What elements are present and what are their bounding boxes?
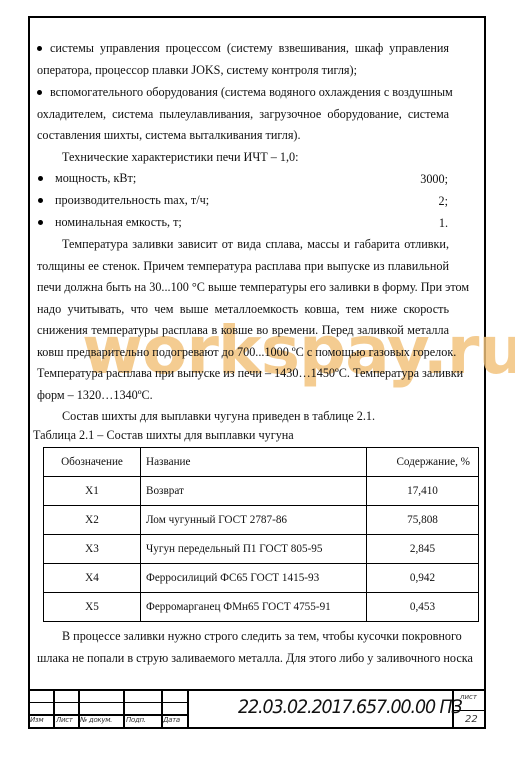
cell-name: Возврат — [141, 477, 367, 506]
paragraph-3-line-1: В процессе заливки нужно строго следить … — [62, 626, 449, 648]
composition-table: Обозначение Название Содержание, % Х1 Во… — [43, 447, 479, 622]
sheet-label: лист — [460, 693, 477, 701]
cell-content: 0,942 — [367, 564, 479, 593]
paragraph-1-line-4: надо учитывать, что чем выше металлоемко… — [37, 299, 449, 321]
spec-label-productivity: производительность max, т/ч; — [55, 190, 209, 212]
stamp-label-sheet: Лист — [56, 716, 73, 724]
cell-name: Ферромарганец ФМн65 ГОСТ 4755-91 — [141, 593, 367, 622]
table-row: Х3 Чугун передельный П1 ГОСТ 805-95 2,84… — [44, 535, 479, 564]
cell-content: 75,808 — [367, 506, 479, 535]
intro-bullet-1-line-2: оператора, процессор плавки JOKS, систем… — [37, 60, 357, 82]
paragraph-1-line-8: форм – 1320…1340ºС. — [37, 385, 153, 407]
table-row: Х4 Ферросилиций ФС65 ГОСТ 1415-93 0,942 — [44, 564, 479, 593]
intro-bullet-2-line-3: составления шихты, система выталкивания … — [37, 125, 301, 147]
spec-value-capacity: 1. — [388, 216, 448, 231]
paragraph-3-line-2: шлака не попали в струю заливаемого мета… — [37, 648, 449, 670]
cell-designation: Х4 — [44, 564, 141, 593]
table-row: Х5 Ферромарганец ФМн65 ГОСТ 4755-91 0,45… — [44, 593, 479, 622]
table-row: Х2 Лом чугунный ГОСТ 2787-86 75,808 — [44, 506, 479, 535]
header-name: Название — [141, 448, 367, 477]
sheet-number: 22 — [465, 714, 478, 725]
intro-bullet-2-line-1: вспомогательного оборудования (система в… — [50, 82, 449, 104]
cell-name: Ферросилиций ФС65 ГОСТ 1415-93 — [141, 564, 367, 593]
paragraph-1-line-3: печи должна быть на 30...100 °С выше тем… — [37, 277, 449, 299]
bullet-icon — [38, 176, 43, 181]
table-row: Х1 Возврат 17,410 — [44, 477, 479, 506]
bullet-icon — [38, 198, 43, 203]
cell-content: 0,453 — [367, 593, 479, 622]
stamp-label-date: Дата — [163, 716, 180, 724]
intro-bullet-1-line-1: системы управления процессом (систему вз… — [50, 38, 449, 60]
stamp-label-change: Изм — [30, 716, 43, 724]
specs-title: Технические характеристики печи ИЧТ – 1,… — [62, 147, 299, 169]
cell-designation: Х5 — [44, 593, 141, 622]
spec-value-productivity: 2; — [388, 194, 448, 209]
paragraph-1-line-2: толщины ее стенок. Причем температура ра… — [37, 256, 449, 278]
bullet-icon — [37, 90, 42, 95]
intro-bullet-2-line-2: охладителем, система пылеулавливания, за… — [37, 104, 449, 126]
header-content: Содержание, % — [367, 448, 479, 477]
cell-content: 17,410 — [367, 477, 479, 506]
bullet-icon — [37, 46, 42, 51]
header-designation: Обозначение — [44, 448, 141, 477]
cell-designation: Х1 — [44, 477, 141, 506]
paragraph-1-line-7: Температура расплава при выпуске из печи… — [37, 363, 449, 385]
cell-name: Лом чугунный ГОСТ 2787-86 — [141, 506, 367, 535]
table-header-row: Обозначение Название Содержание, % — [44, 448, 479, 477]
spec-label-power: мощность, кВт; — [55, 168, 136, 190]
spec-label-capacity: номинальная емкость, т; — [55, 212, 182, 234]
spec-value-power: 3000; — [388, 172, 448, 187]
document-code: 22.03.02.2017.657.00.00 ПЗ — [238, 696, 462, 718]
paragraph-1-line-5: снижения температуры расплава в ковше во… — [37, 320, 449, 342]
cell-designation: Х2 — [44, 506, 141, 535]
cell-content: 2,845 — [367, 535, 479, 564]
paragraph-1-line-6: ковш предварительно подогревают до 700..… — [37, 342, 449, 364]
stamp-label-doc-number: № докум. — [80, 716, 112, 724]
paragraph-1-line-1: Температура заливки зависит от вида спла… — [62, 234, 449, 256]
stamp-label-signature: Подп. — [126, 716, 146, 724]
cell-designation: Х3 — [44, 535, 141, 564]
table-caption: Таблица 2.1 – Состав шихты для выплавки … — [33, 425, 294, 447]
bullet-icon — [38, 220, 43, 225]
cell-name: Чугун передельный П1 ГОСТ 805-95 — [141, 535, 367, 564]
